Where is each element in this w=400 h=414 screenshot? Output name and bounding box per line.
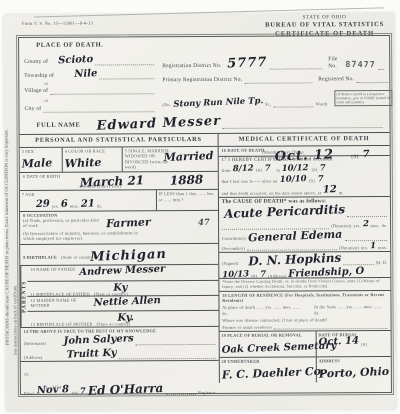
mos-label: mos. xyxy=(70,204,79,209)
sex-cell: 3 SEX Male xyxy=(20,148,62,172)
city-label: City of xyxy=(24,106,41,113)
sex-race-marital-row: 3 SEX Male 4 COLOR OR RACE White 5 SINGL… xyxy=(20,147,218,173)
registered-no-row: Registered No. xyxy=(318,76,390,83)
undertaker-address-cell: ADDRESS Porto, Ohio xyxy=(315,357,390,383)
to-value: 10/12 xyxy=(282,164,309,174)
in-state-label: In the State ...... yrs. ...... mos. ...… xyxy=(314,304,387,315)
age-years-value: 29 xyxy=(36,199,50,210)
street-value: Stony Run Nile Tp. xyxy=(173,97,263,109)
informant-address-label: (Address) xyxy=(24,354,43,359)
sex-label: 3 SEX xyxy=(22,149,60,155)
dur1-ds: ds. xyxy=(382,223,388,228)
bureau-line: BUREAU OF VITAL STATISTICS xyxy=(265,21,384,30)
mother-name-label: 12 MAIDEN NAME OF MOTHER xyxy=(30,297,90,308)
place-of-death-section: PLACE OF DEATH. County of Scioto Townshi… xyxy=(22,38,386,132)
father-name-value: Andrew Messer xyxy=(79,264,165,277)
age-cell: 7 AGE 29 yrs. 6 mos. 21 ds. xyxy=(20,190,156,210)
form-number: Form V. S. No. 15—15001—8-4-13 xyxy=(22,21,93,27)
marital-value: Married xyxy=(163,150,213,163)
registration-district-value: 5777 xyxy=(227,56,268,71)
at-place-label: At place of death ...... yrs. ...... mos… xyxy=(222,305,306,316)
informant-address-value: Truitt Ky xyxy=(66,349,116,361)
if-less-label: IF LESS than 1 day, ...... hrs. or .....… xyxy=(159,191,216,202)
mother-name-row: 12 MAIDEN NAME OF MOTHER Nettie Allen xyxy=(27,296,218,312)
undertaker-cell: 20 UNDERTAKER F. C. Daehler Co. xyxy=(219,357,315,383)
occupation-a-label: (a) Trade, profession, or particular kin… xyxy=(23,217,101,228)
burial-place-cell: 19 PLACE OF BURIAL OR REMOVAL Oak Creek … xyxy=(219,331,315,357)
marital-cell: 5 SINGLE, MARRIED, WIDOWED OR DIVORCED (… xyxy=(122,147,218,172)
registrar-signature: Ed O'Harra xyxy=(88,382,164,397)
death-time-value: 12 xyxy=(323,185,337,196)
township-row: Township of Nile xyxy=(24,69,154,80)
mother-birthplace-label: 13 BIRTHPLACE OF MOTHER xyxy=(31,321,93,326)
undertaker-value: F. C. Daehler Co. xyxy=(221,366,324,381)
filed-number: 15 xyxy=(24,372,29,377)
main-columns: PERSONAL AND STATISTICAL PARTICULARS 3 S… xyxy=(20,132,391,384)
physician-signature: D. N. Hopkins xyxy=(248,252,341,268)
dur1-yrs: yrs. xyxy=(353,223,360,228)
saw-year-hw: 7 xyxy=(317,175,323,184)
mother-name-value: Nettie Allen xyxy=(93,296,161,309)
full-name-value: Edward Messer xyxy=(96,115,221,133)
dob-units: (Month) (Day) (Year) xyxy=(80,183,121,189)
margin-instructions-1: PHYSICIANS should state CAUSE OF DEATH i… xyxy=(4,129,10,345)
primary-registration-label: Primary Registration District No. xyxy=(162,77,242,84)
township-value: Nile xyxy=(74,69,97,80)
informant-label: (Informant) xyxy=(24,340,46,345)
ward-note: (If death occurred in a hospital or inst… xyxy=(334,90,392,107)
from-year-hw: 7 xyxy=(264,165,270,174)
parents-fields: 10 NAME OF FATHER Andrew Messer 11 BIRTH… xyxy=(27,265,218,327)
registrar-label: Registrar xyxy=(198,390,216,395)
informant-block: 14 THE ABOVE IS TRUE TO THE BEST OF MY K… xyxy=(21,327,219,362)
birthplace-row: 9 BIRTHPLACE (State or country) Michigan xyxy=(20,244,218,266)
or-1: or xyxy=(44,81,48,86)
county-row: County of Scioto xyxy=(24,55,154,66)
race-cell: 4 COLOR OR RACE White xyxy=(62,147,122,171)
yrs-label: yrs. xyxy=(52,204,59,209)
age-days-value: 21 xyxy=(81,199,95,210)
sex-value: Male xyxy=(22,157,53,169)
last-saw-label: that I last saw h—— alive on xyxy=(222,178,278,184)
township-label: Township of xyxy=(24,73,54,80)
occupation-b-label: (b) General nature of industry, business… xyxy=(23,230,143,241)
death-certificate-scan: Form V. S. No. 15—15001—8-4-13 STATE OF … xyxy=(4,13,396,411)
file-no-label: File No. xyxy=(328,56,343,70)
sign-year-hw: 7 xyxy=(260,270,266,279)
informant-value: John Salyers xyxy=(64,334,134,347)
cause-of-death-block: The CAUSE OF DEATH* was as follows: Acut… xyxy=(219,197,391,253)
death-occurred-label: and that death occurred, on the date sta… xyxy=(222,190,322,196)
to-year-hw: 7 xyxy=(320,164,326,173)
signed-label: (Signed) xyxy=(222,260,238,265)
footnote-row: *State the Disease Causing Death, or, in… xyxy=(219,278,390,291)
village-label: Village of xyxy=(24,88,48,95)
place-of-death-heading: PLACE OF DEATH. xyxy=(36,42,103,50)
filed-year-hw: 7 xyxy=(80,387,86,396)
from-year-print: 191 xyxy=(256,168,263,173)
mother-birthplace-value: Ky. xyxy=(117,313,134,324)
contributory-value: General Edema xyxy=(248,228,343,243)
primary-registration-row: Primary Registration District No. xyxy=(162,76,312,84)
dod-units: (Month) (Day) (Year) xyxy=(262,149,303,155)
father-birthplace-value: Ky xyxy=(113,283,127,294)
m-label: m. xyxy=(339,190,344,195)
parents-block: PARENTS 10 NAME OF FATHER Andrew Messer … xyxy=(20,265,218,328)
registration-district-row: Registration District No. 5777 xyxy=(162,56,322,70)
burial-year-print: 191 xyxy=(361,342,368,347)
occupation-mark: 47 xyxy=(198,218,210,227)
full-name-label: FULL NAME xyxy=(37,121,81,129)
contrib-duration-mos: 1 xyxy=(370,242,376,251)
md-label: M. D. xyxy=(376,260,387,265)
county-value: Scioto xyxy=(58,55,93,66)
personal-particulars-column: PERSONAL AND STATISTICAL PARTICULARS 3 S… xyxy=(20,134,220,384)
city-row: City of xyxy=(24,105,154,113)
certify-block: 17 I HEREBY CERTIFY, That I attended dec… xyxy=(218,156,389,198)
residence-block: 18 LENGTH OF RESIDENCE (For Hospitals, I… xyxy=(219,291,390,332)
dur2-yrs: yrs. xyxy=(361,245,368,250)
burial-place-label: 19 PLACE OF BURIAL OR REMOVAL xyxy=(221,332,313,338)
last-saw-value: 10/10 xyxy=(279,175,306,185)
cause-duration-mos: 2 xyxy=(362,220,368,229)
street-row: (No. Stony Run Nile Tp. St., Ward) xyxy=(162,98,327,107)
father-birthplace-row: 11 BIRTHPLACE OF FATHER (State or countr… xyxy=(27,281,218,297)
residence-title: 18 LENGTH OF RESIDENCE (For Hospitals, I… xyxy=(222,292,387,304)
from-value: 8/12 xyxy=(232,165,253,174)
ward-label: Ward) xyxy=(316,101,328,106)
burial-date-value: Oct. 14 xyxy=(318,336,359,348)
or-2: or xyxy=(44,98,48,103)
from-label: from xyxy=(221,168,230,173)
dur2-mos: mos. xyxy=(378,245,387,250)
certificate-form: PLACE OF DEATH. County of Scioto Townshi… xyxy=(18,35,392,395)
saw-year-print: 191 xyxy=(308,178,315,183)
mother-birthplace-row: 13 BIRTHPLACE OF MOTHER (State or countr… xyxy=(28,311,219,327)
registered-no-label: Registered No. xyxy=(318,76,354,83)
if-less-cell: IF LESS than 1 day, ...... hrs. or .....… xyxy=(156,190,218,210)
former-residence-label: Former or usual residence xyxy=(222,325,272,331)
filed-year-print: 191 xyxy=(71,390,78,395)
to-year-print: 191 xyxy=(311,168,318,173)
occupation-value: Farmer xyxy=(106,216,151,229)
age-label: 7 AGE xyxy=(22,191,154,197)
age-months-value: 6 xyxy=(61,199,68,209)
undertaker-label: 20 UNDERTAKER xyxy=(221,358,313,364)
medical-section-title: MEDICAL CERTIFICATE OF DEATH xyxy=(218,133,389,147)
father-name-row: 10 NAME OF FATHER Andrew Messer xyxy=(27,265,218,282)
registration-district-label: Registration District No. xyxy=(162,63,221,70)
birthplace-value: Michigan xyxy=(90,247,167,263)
county-label: County of xyxy=(24,59,48,66)
contributory-label: Contributory xyxy=(222,236,247,241)
street-prefix: (No. xyxy=(162,102,171,107)
signature-block: (Signed) D. N. Hopkins M. D. 10/13 191 7… xyxy=(219,252,390,279)
dob-year-value: 1888 xyxy=(170,173,204,186)
dur1-mos: mos. xyxy=(371,223,380,228)
undertaker-row: 20 UNDERTAKER F. C. Daehler Co. ADDRESS … xyxy=(219,357,390,383)
contracted-label: Where was disease contracted, if not at … xyxy=(222,317,387,323)
burial-row: 19 PLACE OF BURIAL OR REMOVAL Oak Creek … xyxy=(219,331,390,358)
age-row: 7 AGE 29 yrs. 6 mos. 21 ds. IF LESS than… xyxy=(20,190,218,211)
filed-row: 15 Filed. Nov 8 191 7 Ed O'Harra Registr… xyxy=(21,361,219,384)
duration-label-2: (Duration) xyxy=(339,245,359,250)
ds-label: ds. xyxy=(97,204,103,209)
street-suffix: St., xyxy=(265,102,272,107)
contributory-sub: (Secondary) xyxy=(222,245,245,250)
file-no-row: File No. 87477 xyxy=(328,56,384,70)
file-no-value: 87477 xyxy=(346,61,377,70)
filed-label: Filed. xyxy=(24,391,35,396)
undertaker-address-value: Porto, Ohio xyxy=(318,366,389,380)
race-label: 4 COLOR OR RACE xyxy=(65,148,120,154)
medical-certificate-column: MEDICAL CERTIFICATE OF DEATH 16 DATE OF … xyxy=(218,133,391,383)
undertaker-address-label: ADDRESS xyxy=(318,358,388,364)
margin-instructions-2: See instructions on back of certificate. xyxy=(12,285,17,355)
plate-number: 11—3154 xyxy=(43,385,61,390)
occupation-row: 8 OCCUPATION (a) Trade, profession, or p… xyxy=(20,211,218,245)
date-of-birth-row: 6 DATE OF BIRTH March 21 1888 (Month) (D… xyxy=(20,172,218,191)
village-row: Village of xyxy=(24,87,154,95)
personal-section-title: PERSONAL AND STATISTICAL PARTICULARS xyxy=(20,134,218,148)
birthplace-label: 9 BIRTHPLACE xyxy=(23,254,57,259)
full-name-row: FULL NAME Edward Messer xyxy=(37,116,383,130)
cause-footnote: *State the Disease Causing Death, or, in… xyxy=(222,279,387,289)
burial-date-cell: DATE OF BURIAL Oct. 14 191 xyxy=(315,331,390,356)
cause-value: Acute Pericarditis xyxy=(224,203,346,220)
race-value: White xyxy=(65,157,102,169)
